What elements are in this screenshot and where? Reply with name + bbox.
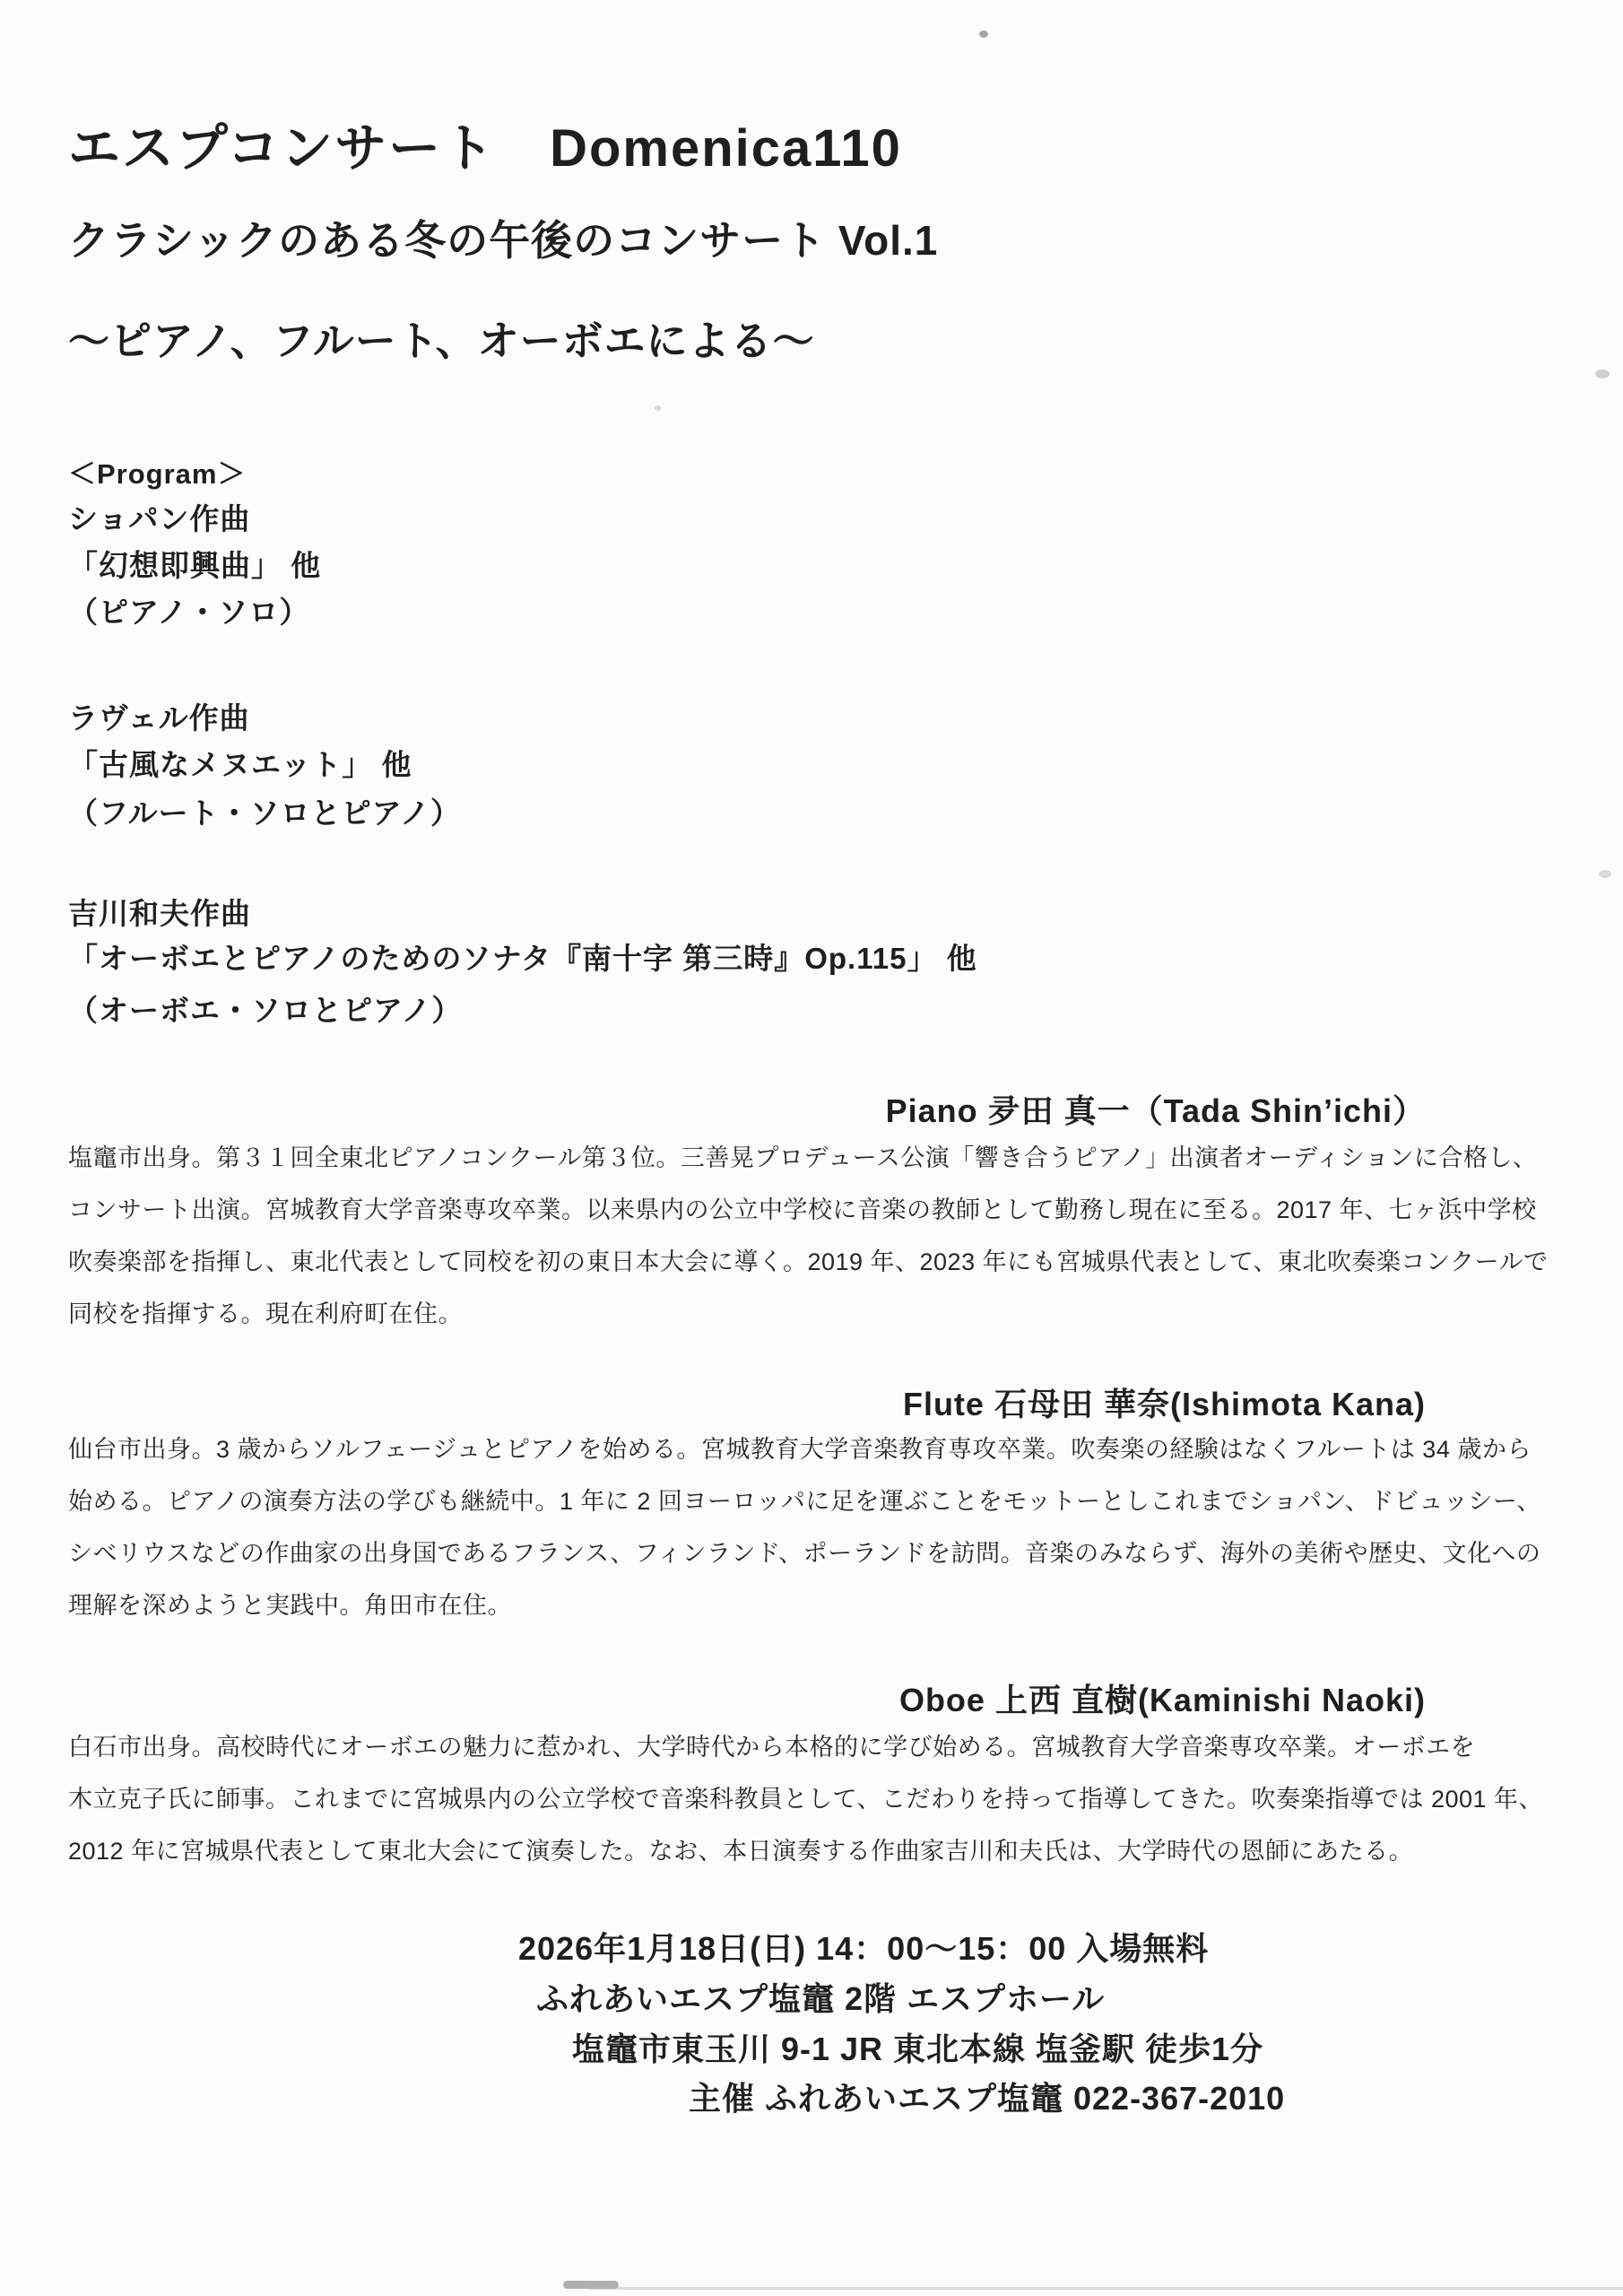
concert-title: エスプコンサート Domenica110 (68, 106, 902, 181)
scan-smudge (563, 2281, 619, 2289)
scanned-concert-flyer: エスプコンサート Domenica110 クラシックのある冬の午後のコンサート … (0, 0, 1623, 2296)
oboe-bio-line1: 白石市出身。高校時代にオーボエの魅力に惹かれ、大学時代から本格的に学び始める。宮… (68, 1727, 1475, 1762)
event-address-access: 塩竈市東玉川 9-1 JR 東北本線 塩釜駅 徒歩1分 (572, 2024, 1263, 2070)
concert-subtitle-line2: ～ピアノ、フルート、オーボエによる～ (68, 309, 815, 368)
event-organizer-phone: 主催 ふれあいエスプ塩竈 022-367-2010 (689, 2074, 1285, 2119)
performer-heading-flute: Flute 石母田 華奈(Ishimota Kana) (903, 1379, 1426, 1425)
program-item3-composer: 吉川和夫作曲 (68, 891, 251, 933)
scan-streak (587, 2287, 1623, 2290)
program-item1-piece: 「幻想即興曲」 他 (68, 543, 321, 585)
scan-speck (655, 405, 661, 411)
performer-heading-oboe: Oboe 上西 直樹(Kaminishi Naoki) (899, 1675, 1426, 1721)
concert-subtitle-line1: クラシックのある冬の午後のコンサート Vol.1 (68, 208, 938, 267)
oboe-bio-line2: 木立克子氏に師事。これまでに宮城県内の公立学校で音楽科教員として、こだわりを持っ… (68, 1779, 1543, 1814)
flute-bio-line1: 仙台市出身。3 歳からソルフェージュとピアノを始める。宮城教育大学音楽教育専攻卒… (68, 1430, 1532, 1465)
performer-heading-piano: Piano 夛田 真一（Tada Shin’ichi） (886, 1086, 1426, 1132)
scan-speck (1595, 370, 1610, 378)
program-item3-piece: 「オーボエとピアノのためのソナタ『南十字 第三時』Op.115」 他 (68, 935, 977, 978)
piano-bio-line2: コンサート出演。宮城教育大学音楽専攻卒業。以来県内の公立中学校に音楽の教師として… (68, 1190, 1537, 1225)
program-item1-instrumentation: （ピアノ・ソロ） (68, 589, 309, 631)
piano-bio-line4: 同校を指揮する。現在利府町在住。 (68, 1294, 463, 1329)
piano-bio-line3: 吹奏楽部を指揮し、東北代表として同校を初の東日本大会に導く。2019 年、202… (68, 1242, 1548, 1277)
event-venue: ふれあいエスプ塩竈 2階 エスプホール (536, 1974, 1105, 2020)
scan-speck (979, 30, 988, 38)
program-item2-instrumentation: （フルート・ソロとピアノ） (68, 790, 461, 832)
flute-bio-line4: 理解を深めようと実践中。角田市在住。 (68, 1586, 512, 1621)
program-item3-instrumentation: （オーボエ・ソロとピアノ） (68, 987, 462, 1030)
piano-bio-line1: 塩竈市出身。第３１回全東北ピアノコンクール第３位。三善晃プロデュース公演「響き合… (68, 1138, 1537, 1173)
program-item1-composer: ショパン作曲 (68, 496, 250, 538)
program-item2-piece: 「古風なメヌエット」 他 (68, 742, 412, 784)
oboe-bio-line3: 2012 年に宮城県代表として東北大会にて演奏した。なお、本日演奏する作曲家吉川… (68, 1831, 1413, 1866)
flute-bio-line2: 始める。ピアノの演奏方法の学びも継続中。1 年に 2 回ヨーロッパに足を運ぶこと… (68, 1482, 1541, 1517)
program-heading: ＜Program＞ (68, 451, 246, 491)
flute-bio-line3: シベリウスなどの作曲家の出身国であるフランス、フィンランド、ポーランドを訪問。音… (68, 1534, 1541, 1569)
event-date-time: 2026年1月18日(日) 14：00～15：00 入場無料 (518, 1924, 1209, 1970)
program-item2-composer: ラヴェル作曲 (68, 695, 250, 737)
scan-speck (1599, 870, 1611, 878)
